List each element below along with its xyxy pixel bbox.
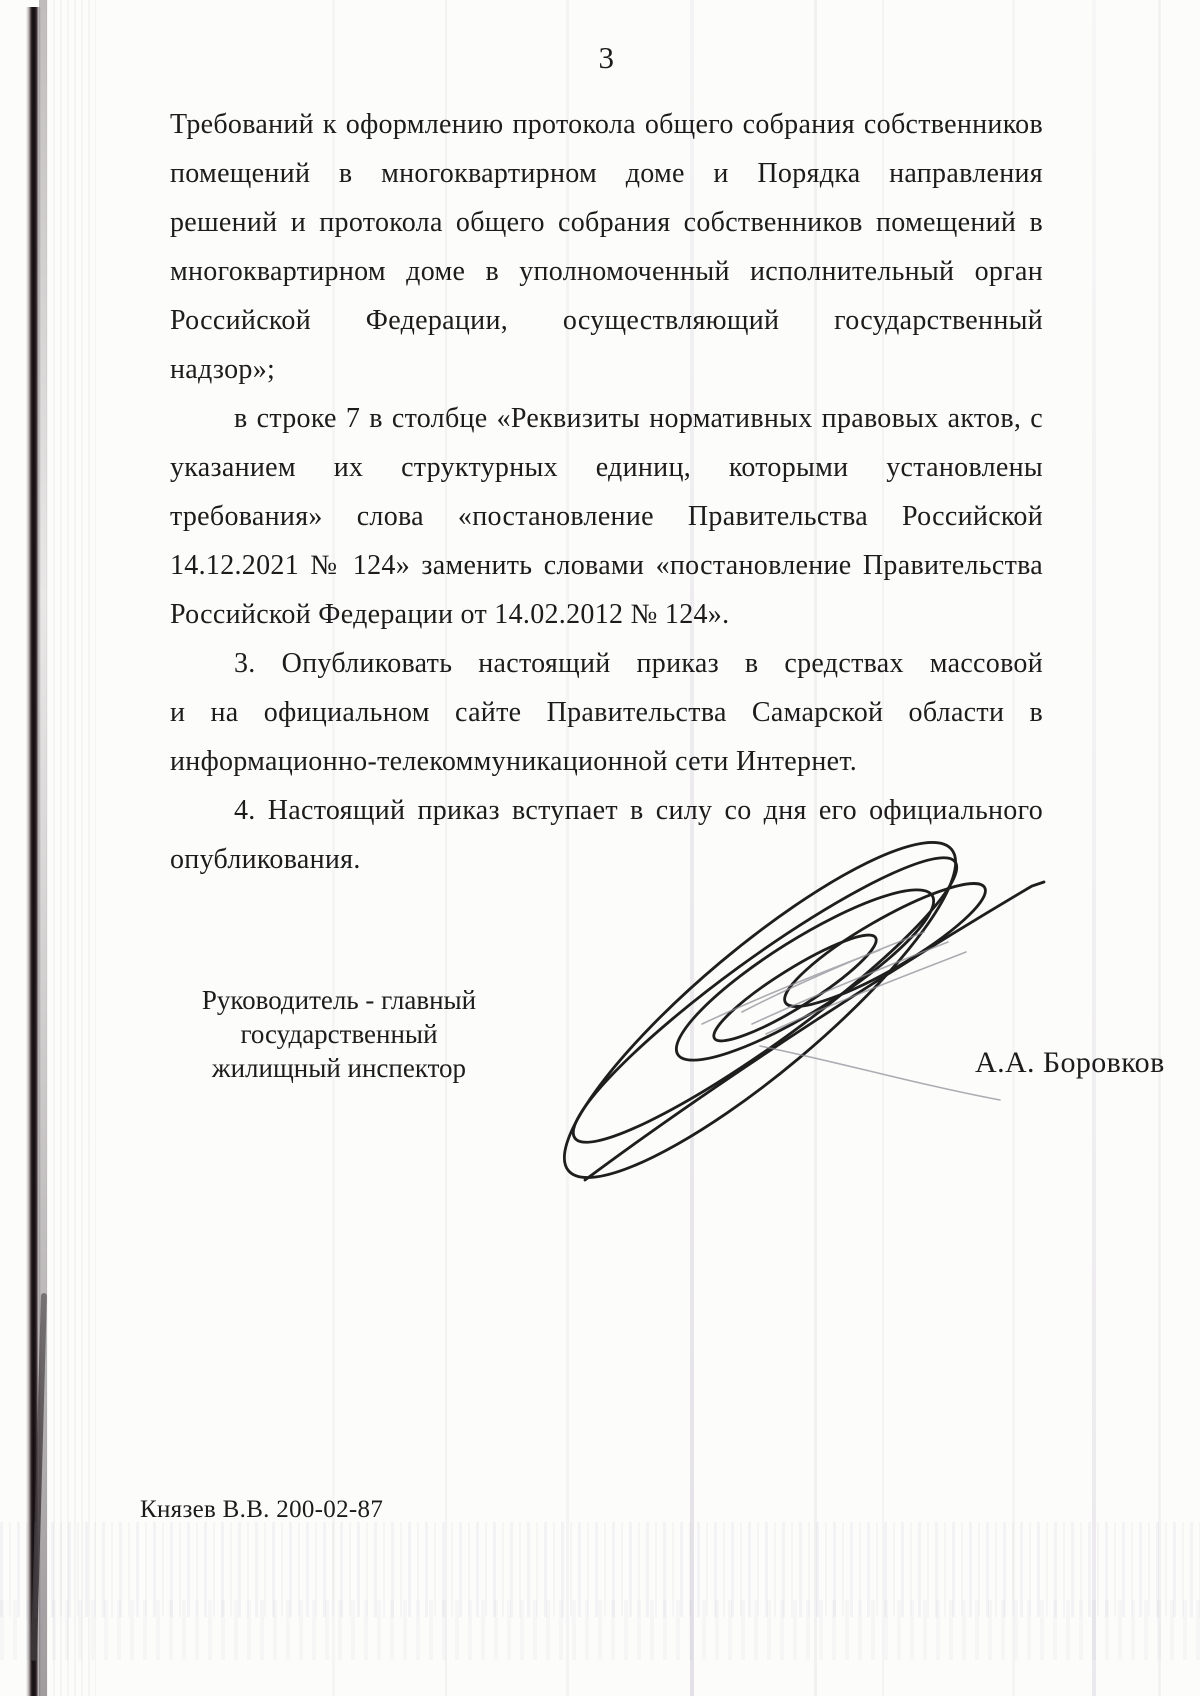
scan-haze <box>46 0 96 1696</box>
text-line: 3. Опубликовать настоящий приказ в средс… <box>170 639 1043 688</box>
text-line: решений и протокола общего собрания собс… <box>170 198 1043 247</box>
signer-position-line: жилищный инспектор <box>193 1051 485 1085</box>
text-line: указанием их структурных единиц, которым… <box>170 443 1043 492</box>
text-line: опубликования. <box>170 835 1043 884</box>
text-line: многоквартирном доме в уполномоченный ис… <box>170 247 1043 296</box>
signer-name: А.А. Боровков <box>975 1046 1165 1080</box>
signer-position-line: государственный <box>193 1017 485 1051</box>
text-line: Требований к оформлению протокола общего… <box>170 100 1043 149</box>
text-line: информационно-телекоммуникационной сети … <box>170 737 1043 786</box>
executor-contact-line: Князев В.В. 200-02-87 <box>140 1496 383 1524</box>
text-line: надзор»; <box>170 345 1043 394</box>
page-number: 3 <box>170 40 1043 76</box>
text-line: требования» слова «постановление Правите… <box>170 492 1043 541</box>
scan-noise-band <box>0 1600 1200 1660</box>
scanned-document-page: 3 Требований к оформлению протокола обще… <box>0 0 1200 1696</box>
text-line: в строке 7 в столбце «Реквизиты норматив… <box>170 394 1043 443</box>
signer-position-block: Руководитель - главныйгосударственныйжил… <box>193 983 485 1085</box>
text-line: 14.12.2021 № 124» заменить словами «пост… <box>170 541 1043 590</box>
text-line: Российской Федерации, осуществляющий гос… <box>170 296 1043 345</box>
text-line: и на официальном сайте Правительства Сам… <box>170 688 1043 737</box>
scanner-streak <box>1092 0 1096 1696</box>
text-line: 4. Настоящий приказ вступает в силу со д… <box>170 786 1043 835</box>
signer-position-line: Руководитель - главный <box>193 983 485 1017</box>
text-line: помещений в многоквартирном доме и Поряд… <box>170 149 1043 198</box>
document-body: Требований к оформлению протокола общего… <box>170 100 1043 884</box>
text-line: Российской Федерации от 14.02.2012 № 124… <box>170 590 1043 639</box>
scanner-streak <box>1158 0 1161 1696</box>
